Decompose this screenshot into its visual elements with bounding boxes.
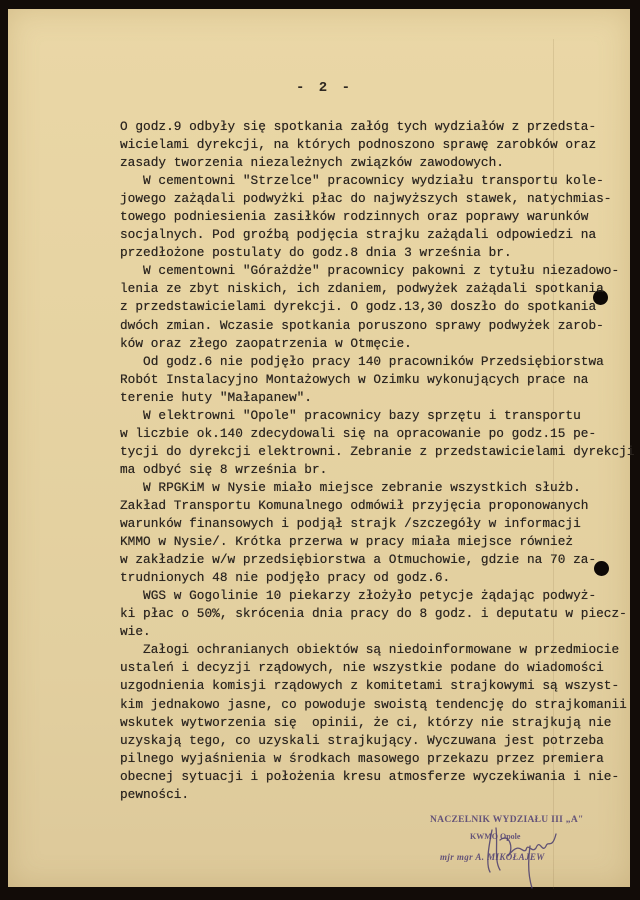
text-line: socjalnych. Pod groźbą podjęcia strajku … — [120, 226, 620, 244]
text-line: terenie huty "Małapanew". — [120, 389, 620, 407]
text-line: wskutek wytworzenia się opinii, że ci, k… — [120, 714, 620, 732]
text-line: wie. — [120, 623, 620, 641]
text-line: W cementowni "Strzelce" pracownicy wydzi… — [120, 172, 620, 190]
page-number: - 2 - — [296, 80, 353, 96]
handwritten-signature — [470, 820, 570, 890]
text-line: przedłożone postulaty do godz.8 dnia 3 w… — [120, 244, 620, 262]
text-line: w liczbie ok.140 zdecydowali się na opra… — [120, 425, 620, 443]
text-line: trudnionych 48 nie podjęło pracy od godz… — [120, 569, 620, 587]
text-line: ustaleń i decyzji rządowych, nie wszystk… — [120, 659, 620, 677]
text-line: uzgodnienia komisji rządowych z komiteta… — [120, 677, 620, 695]
text-line: Robót Instalacyjno Montażowych w Ozimku … — [120, 371, 620, 389]
text-line: KMMO w Nysie/. Krótka przerwa w pracy mi… — [120, 533, 620, 551]
text-line: pewności. — [120, 786, 620, 804]
text-line: ków oraz złego zaopatrzenia w Otmęcie. — [120, 335, 620, 353]
text-line: W RPGKiM w Nysie miało miejsce zebranie … — [120, 479, 620, 497]
text-line: wicielami dyrekcji, na których podnoszon… — [120, 136, 620, 154]
text-line: kim jednakowo jasne, co powoduje swoistą… — [120, 696, 620, 714]
text-line: obecnej sytuacji i położenia kresu atmos… — [120, 768, 620, 786]
text-line: W cementowni "Górażdże" pracownicy pakow… — [120, 262, 620, 280]
text-line: jowego zażądali podwyżki płac do najwyżs… — [120, 190, 620, 208]
text-line: W elektrowni "Opole" pracownicy bazy spr… — [120, 407, 620, 425]
scanned-document: - 2 - O godz.9 odbyły się spotkania załó… — [0, 0, 640, 900]
text-line: Od godz.6 nie podjęło pracy 140 pracowni… — [120, 353, 620, 371]
text-line: ma odbyć się 8 września br. — [120, 461, 620, 479]
text-line: warunków finansowych i podjął strajk /sz… — [120, 515, 620, 533]
text-line: ki płac o 50%, skrócenia dnia pracy do 8… — [120, 605, 620, 623]
text-line: pilnego wyjaśnienia w środkach masowego … — [120, 750, 620, 768]
text-line: Załogi ochranianych obiektów są niedoinf… — [120, 641, 620, 659]
typewritten-body: O godz.9 odbyły się spotkania załóg tych… — [120, 118, 620, 804]
text-line: WGS w Gogolinie 10 piekarzy złożyło pety… — [120, 587, 620, 605]
text-line: tycji do dyrekcji elektrowni. Zebranie z… — [120, 443, 620, 461]
text-line: lenia ze zbyt niskich, ich zdaniem, podw… — [120, 280, 620, 298]
text-line: w zakładzie w/w przedsiębiorstwa a Otmuc… — [120, 551, 620, 569]
text-line: zasady tworzenia niezależnych związków z… — [120, 154, 620, 172]
text-line: dwóch zmian. Wczasie spotkania poruszono… — [120, 317, 620, 335]
text-line: uzyskają tego, co uzyskali strajkujący. … — [120, 732, 620, 750]
text-line: towego podniesienia zasiłków rodzinnych … — [120, 208, 620, 226]
text-line: O godz.9 odbyły się spotkania załóg tych… — [120, 118, 620, 136]
text-line: Zakład Transportu Komunalnego odmówił pr… — [120, 497, 620, 515]
text-line: z przedstawicielami dyrekcji. O godz.13,… — [120, 298, 620, 316]
